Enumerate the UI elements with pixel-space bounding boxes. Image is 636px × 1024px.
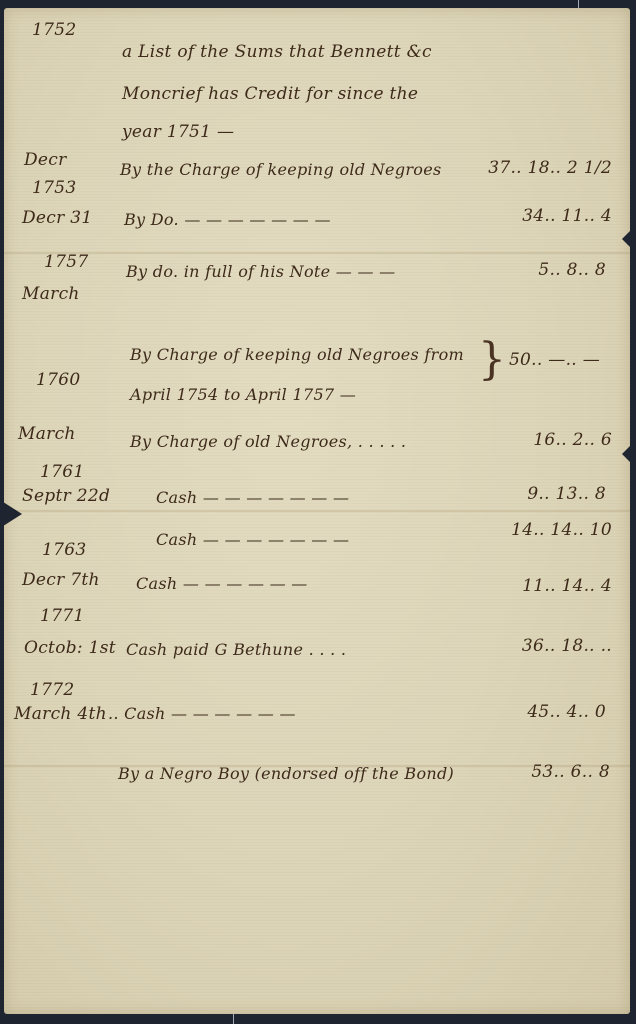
entry-amount: 16.. 2.. 6 (533, 430, 612, 450)
entry-amount: 36.. 18.. .. (522, 636, 612, 656)
entry-amount: 14.. 14.. 10 (511, 520, 612, 540)
entry-description: By a Negro Boy (endorsed off the Bond) (118, 764, 454, 783)
brace-mark: } (478, 338, 506, 382)
fold-line (4, 252, 630, 254)
title-line-3: year 1751 — (122, 122, 234, 142)
entry-amount: 45.. 4.. 0 (527, 702, 606, 722)
entry-description: By Charge of old Negroes, . . . . . (130, 432, 406, 451)
entry-amount: 9.. 13.. 8 (527, 484, 606, 504)
entry-date: March (22, 284, 80, 304)
entry-description: By do. in full of his Note — — — (126, 262, 395, 281)
entry-description: Cash — — — — — — — (156, 530, 349, 549)
entry-amount: 5.. 8.. 8 (538, 260, 606, 280)
entry-date: Septr 22d (22, 486, 110, 506)
entry-description: .. Cash — — — — — — (108, 704, 296, 723)
entry-amount: 11.. 14.. 4 (522, 576, 612, 596)
entry-date: Octob: 1st (24, 638, 116, 658)
entry-amount: 37.. 18.. 2 1/2 (488, 158, 612, 178)
title-line-1: a List of the Sums that Bennett &c (122, 42, 432, 62)
heading-year: 1752 (32, 20, 76, 40)
fold-line (4, 510, 630, 512)
entry-description: By Charge of keeping old Negroes from Ap… (130, 335, 490, 415)
entry-date: Decr (24, 150, 67, 170)
entry-date: March (18, 424, 76, 444)
entry-amount: 50.. —.. — (509, 350, 600, 370)
entry-year: 1761 (40, 462, 84, 482)
entry-year: 1760 (36, 370, 80, 390)
entry-description: Cash paid G Bethune . . . . (126, 640, 346, 659)
entry-amount: 34.. 11.. 4 (522, 206, 612, 226)
entry-description: By the Charge of keeping old Negroes (120, 160, 442, 179)
entry-description: Cash — — — — — — — (156, 488, 349, 507)
entry-amount: 53.. 6.. 8 (531, 762, 610, 782)
entry-description: Cash — — — — — — (136, 574, 308, 593)
title-line-2: Moncrief has Credit for since the (122, 84, 418, 104)
page-tear (0, 500, 22, 528)
page-tear (622, 440, 636, 468)
entry-year: 1757 (44, 252, 88, 272)
entry-year: 1771 (40, 606, 84, 626)
entry-date: March 4th (14, 704, 107, 724)
entry-year: 1753 (32, 178, 76, 198)
entry-year: 1772 (30, 680, 74, 700)
entry-date: Decr 7th (22, 570, 100, 590)
page-tear (622, 225, 636, 253)
entry-description: By Do. — — — — — — — (124, 210, 331, 229)
entry-year: 1763 (42, 540, 86, 560)
entry-date: Decr 31 (22, 208, 92, 228)
